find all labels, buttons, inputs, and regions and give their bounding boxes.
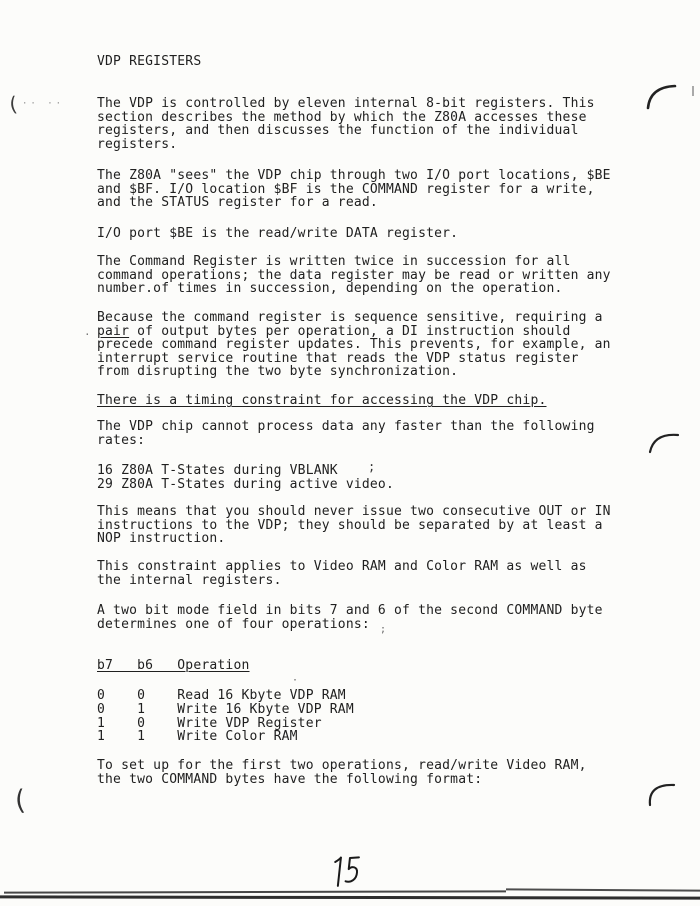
paragraph-constraint-scope: This constraint applies to Video RAM and… [97, 560, 587, 587]
paragraph-di-instruction: Because the command register is sequence… [97, 311, 611, 379]
page-number-strokes [329, 851, 372, 896]
t-states-rates-list: 16 Z80A T-States during VBLANK 29 Z80A T… [97, 464, 394, 491]
paragraph-data-register: I/O port $BE is the read/write DATA regi… [97, 227, 458, 241]
paragraph-command-register: The Command Register is written twice in… [97, 255, 611, 296]
table-row: 0 1 Write 16 Kbyte VDP RAM [97, 703, 354, 717]
scan-bottom-line [0, 895, 700, 899]
page-number-value: 15 [368, 851, 369, 852]
paragraph-mode-field: A two bit mode field in bits 7 and 6 of … [97, 604, 603, 631]
pen-paren-mark: ( [11, 785, 29, 818]
pen-paren-mark: ( [6, 91, 20, 116]
paragraph-io-ports: The Z80A "sees" the VDP chip through two… [97, 169, 611, 210]
operations-table-header: b7 b6 Operation [97, 659, 250, 673]
stray-semicolon-mark: ; [368, 460, 375, 474]
scanned-document-page: VDP REGISTERS The VDP is controlled by e… [0, 0, 700, 906]
stray-dots-mark: ·· ·· [22, 99, 64, 109]
timing-constraint-heading: There is a timing constraint for accessi… [97, 394, 547, 408]
scan-bottom-line [506, 888, 700, 891]
stray-semicolon-mark: ; [380, 624, 386, 635]
page-title: VDP REGISTERS [97, 55, 201, 69]
pen-arc-mark [648, 430, 688, 454]
stray-dot-mark: · [292, 675, 298, 686]
scan-edge-tick [692, 86, 694, 96]
paragraph-di-part2: of output bytes per operation, a DI inst… [97, 324, 611, 380]
table-row: 0 0 Read 16 Kbyte VDP RAM [97, 689, 354, 703]
paragraph-setup-format: To set up for the first two operations, … [97, 759, 587, 786]
table-row: 1 1 Write Color RAM [97, 730, 354, 744]
paragraph-intro: The VDP is controlled by eleven internal… [97, 97, 595, 151]
table-row: 1 0 Write VDP Register [97, 717, 354, 731]
operations-table: 0 0 Read 16 Kbyte VDP RAM 0 1 Write 16 K… [97, 689, 354, 744]
scan-bottom-line [4, 890, 506, 893]
pen-arc-mark [645, 82, 690, 112]
handwritten-page-number: 15 [329, 851, 372, 896]
paragraph-nop-advice: This means that you should never issue t… [97, 505, 611, 546]
pen-arc-mark [646, 778, 682, 808]
paragraph-rates-intro: The VDP chip cannot process data any fas… [97, 420, 595, 447]
stray-dot-mark: . [84, 325, 91, 338]
